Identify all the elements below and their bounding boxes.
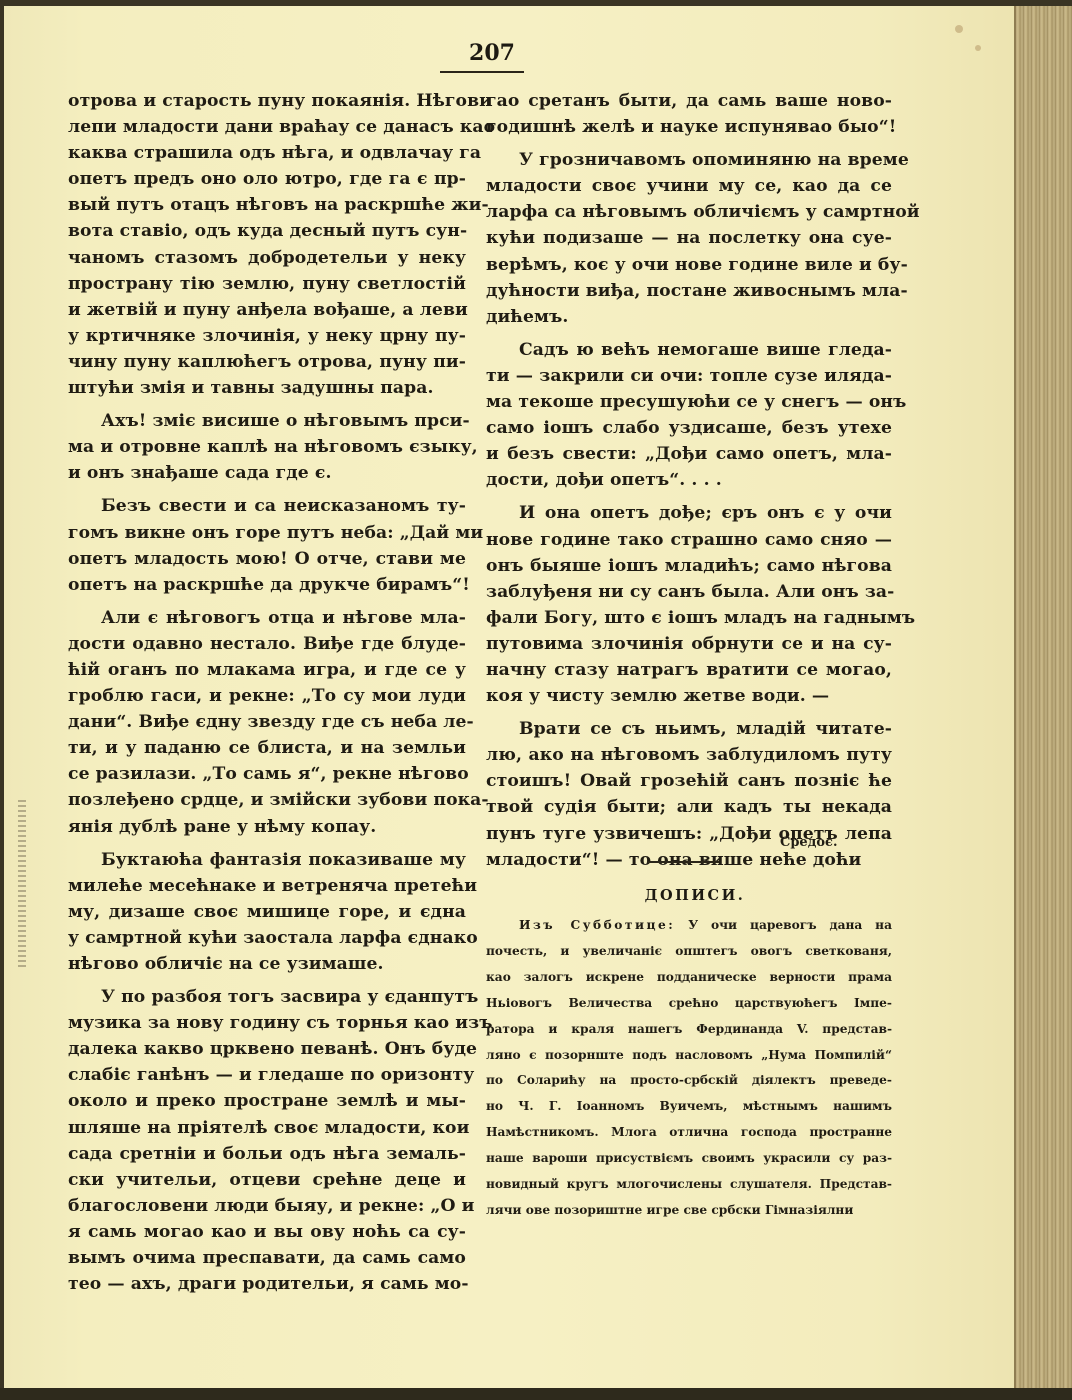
paragraph: Безъ свести и са неисказаномъ ту-гомъ ви…	[68, 493, 466, 597]
paragraph: У по разбоя тогъ засвира у єданпутъмузик…	[68, 984, 466, 1297]
news-line: Намѣстникомъ. Млога отлична господа прос…	[486, 1120, 892, 1146]
paragraph: Али є нѣговогъ отца и нѣгове мла-дости о…	[68, 605, 466, 840]
text-line: чаномъ стазомъ добродетельи у неку	[68, 245, 466, 271]
news-line: као залогъ искрене подданическе верности…	[486, 965, 892, 991]
text-line: И она опетъ дође; єръ онъ є у очи	[486, 500, 892, 526]
news-first-line: Изъ Субботице: У очи царевогъ дана на	[486, 913, 892, 939]
text-line: шляше на пріятелѣ своє младости, кои	[68, 1115, 466, 1141]
text-line: верѣмъ, коє у очи нове године виле и бу-	[486, 252, 892, 278]
text-line: гао сретанъ быти, да самь ваше ново-	[486, 88, 892, 114]
paragraph-gap	[486, 330, 892, 337]
paragraph: Садъ ю већъ немогаше више гледа-ти — зак…	[486, 337, 892, 494]
news-line: по Соларићу на просто-србскій діялектъ п…	[486, 1068, 892, 1094]
text-line: твой судія быти; али кадъ ты некада	[486, 794, 892, 820]
text-line: ски учительи, отцеви срећне деце и	[68, 1167, 466, 1193]
text-line: дости, дођи опетъ“. . . .	[486, 467, 892, 493]
text-line: онъ быяше іошъ младићъ; само нѣгова	[486, 553, 892, 579]
text-line: ларфа са нѣговымъ обличіємъ у самртной	[486, 199, 892, 225]
news-line: ратора и краля нашегъ Фердинанда V. пред…	[486, 1017, 892, 1043]
text-line: каква страшила одъ нѣга, и одвлачау га	[68, 140, 466, 166]
text-line: тео — ахъ, драги родительи, я самь мо-	[68, 1271, 466, 1297]
news-line: ляно є позорнште подъ насловомъ „Нума По…	[486, 1043, 892, 1069]
paragraph-gap	[68, 486, 466, 493]
text-line: ма и отровне каплѣ на нѣговомъ єзыку,	[68, 434, 466, 460]
section-rule	[647, 861, 719, 863]
text-line: и жетвій и пуну анђела вођаше, а леви	[68, 297, 466, 323]
news-section: Изъ Субботице: У очи царевогъ дана на по…	[486, 913, 892, 1224]
text-line: дићемъ.	[486, 304, 892, 330]
text-line: около и преко пространe землѣ и мы-	[68, 1088, 466, 1114]
text-line: у самртной кући заостала ларфа єднако	[68, 925, 466, 951]
paragraph-gap	[68, 401, 466, 408]
text-line: опетъ предъ оно оло ютро, где га є пр-	[68, 166, 466, 192]
text-line: вота ставіо, одъ куда десный путъ сун-	[68, 218, 466, 244]
text-line: У грозничавомъ опоминяню на време	[486, 147, 892, 173]
text-line: я самь могао као и вы ову ноћь са су-	[68, 1219, 466, 1245]
text-line: У по разбоя тогъ засвира у єданпутъ	[68, 984, 466, 1010]
text-line: слабіє ганѣнъ — и гледаше по оризонту	[68, 1062, 466, 1088]
text-line: само іошъ слабо уздисаше, безъ утехе	[486, 415, 892, 441]
text-line: опетъ младость мою! О отче, стави ме	[68, 546, 466, 572]
text-line: нове године тако страшно само сняо —	[486, 527, 892, 553]
text-line: начну стазу натрагъ вратити се могао,	[486, 657, 892, 683]
paper-stain	[955, 25, 963, 33]
paragraph-gap	[68, 840, 466, 847]
text-line: фали Богу, што є іошъ младъ на гаднымъ	[486, 605, 892, 631]
text-line: стоишъ! Овай грозећій санъ позніє ће	[486, 768, 892, 794]
text-line: опетъ на раскршће да друкче бирамъ“!	[68, 572, 466, 598]
news-line: наше вароши присуствіємъ своимъ украсили…	[486, 1146, 892, 1172]
text-line: Али є нѣговогъ отца и нѣгове мла-	[68, 605, 466, 631]
text-line: лю, ако на нѣговомъ заблудиломъ путу	[486, 742, 892, 768]
text-line: му, дизаше своє мишице горе, и єдна	[68, 899, 466, 925]
news-line: Ньіовогъ Величества срећно царствуюћегъ …	[486, 991, 892, 1017]
margin-scribble	[18, 800, 26, 970]
text-line: чину пуну каплюћегъ отрова, пуну пи-	[68, 349, 466, 375]
page-number: 207	[462, 40, 522, 66]
text-line: се разилази. „То самь я“, рекне нѣгово	[68, 761, 466, 787]
text-line: у кртичняке злочинія, у неку црну пу-	[68, 323, 466, 349]
text-line: дућности виђа, постане живоснымъ мла-	[486, 278, 892, 304]
news-line: новидный кругъ млогочислены слушателя. П…	[486, 1172, 892, 1198]
left-column: отрова и старость пуну покаянія. Нѣговил…	[68, 88, 466, 1297]
text-line: вый путъ отацъ нѣговъ на раскршће жи-	[68, 192, 466, 218]
text-line: далека какво црквено певанѣ. Онъ буде	[68, 1036, 466, 1062]
text-line: ма текоше пресушуюћи се у снегъ — онъ	[486, 389, 892, 415]
text-line: дани“. Виђе єдну звезду где съ неба ле-	[68, 709, 466, 735]
bottom-shadow	[0, 1388, 1072, 1400]
text-line: ти, и у паданю се блиста, и на земльи	[68, 735, 466, 761]
paragraph-gap	[486, 709, 892, 716]
text-line: пространу тію землю, пуну светлостій	[68, 271, 466, 297]
text-line: гомъ викне онъ горе путъ неба: „Дай ми	[68, 520, 466, 546]
text-line: штући змія и тавны задушны пара.	[68, 375, 466, 401]
text-line: Ахъ! зміє висише о нѣговымъ прси-	[68, 408, 466, 434]
news-line: почесть, и увеличаніє општегъ овогъ свет…	[486, 939, 892, 965]
text-line: и онъ знађаше сада где є.	[68, 460, 466, 486]
text-line: младости своє учини му се, као да се	[486, 173, 892, 199]
text-line: дости одавно нестало. Виђе где блуде-	[68, 631, 466, 657]
paragraph-gap	[486, 140, 892, 147]
paragraph: Ахъ! зміє висише о нѣговымъ прси-ма и от…	[68, 408, 466, 486]
text-line: коя у чисту землю жетве води. —	[486, 683, 892, 709]
text-line: и безъ свести: „Дођи само опетъ, мла-	[486, 441, 892, 467]
news-line: У очи царевогъ дана на	[688, 918, 892, 932]
text-line: Садъ ю већъ немогаше више гледа-	[486, 337, 892, 363]
text-line: Безъ свести и са неисказаномъ ту-	[68, 493, 466, 519]
text-line: нѣгово обличіє на се узимаше.	[68, 951, 466, 977]
text-line: заблуђеня ни су санъ была. Али онъ за-	[486, 579, 892, 605]
text-line: благословени люди быяу, и рекне: „О и	[68, 1193, 466, 1219]
text-line: Врати се съ ньимъ, младій читате-	[486, 716, 892, 742]
text-line: кући подизаше — на послетку она суе-	[486, 225, 892, 251]
text-line: гроблю гаси, и рекне: „То су мои луди	[68, 683, 466, 709]
text-line: музика за нову годину съ торнья као изъ	[68, 1010, 466, 1036]
news-line: лячи ове позориштне игре све србски Гімн…	[486, 1198, 892, 1224]
text-line: отрова и старость пуну покаянія. Нѣгови	[68, 88, 466, 114]
author-signature: Средоє.	[780, 835, 837, 850]
news-line: но Ч. Г. Іоанномъ Вуичемъ, мѣстнымъ наши…	[486, 1094, 892, 1120]
text-line: милеће месећнаке и ветреняча претећи	[68, 873, 466, 899]
news-dateline: Изъ Субботице:	[519, 918, 675, 932]
text-line: годишнѣ желѣ и науке испунявао быо“!	[486, 114, 892, 140]
header-rule	[440, 71, 524, 73]
section-title: ДОПИСИ.	[470, 887, 920, 904]
paper-stain	[975, 45, 981, 51]
paragraph: гао сретанъ быти, да самь ваше ново-годи…	[486, 88, 892, 140]
text-line: ћій оганъ по млакама игра, и где се у	[68, 657, 466, 683]
text-line: путовима злочинія обрнути се и на су-	[486, 631, 892, 657]
text-line: позлеђено срдце, и змійски зубови пока-	[68, 787, 466, 813]
text-line: янія дублѣ ране у нѣму копау.	[68, 814, 466, 840]
paragraph-gap	[68, 977, 466, 984]
paragraph-gap	[486, 493, 892, 500]
paragraph: У грозничавомъ опоминяню на времемладост…	[486, 147, 892, 330]
text-line: вымъ очима преспавати, да самь само	[68, 1245, 466, 1271]
right-column: гао сретанъ быти, да самь ваше ново-годи…	[486, 88, 892, 873]
text-line: ти — закрили си очи: топле сузе иляда-	[486, 363, 892, 389]
paragraph: Буктаюћа фантазія показиваше мумилеће ме…	[68, 847, 466, 977]
text-line: сада сретніи и больи одъ нѣга земаль-	[68, 1141, 466, 1167]
page-edges	[1014, 6, 1072, 1394]
text-line: младости“! — то она више неће доћи	[486, 847, 892, 873]
text-line: Буктаюћа фантазія показиваше му	[68, 847, 466, 873]
paragraph: отрова и старость пуну покаянія. Нѣговил…	[68, 88, 466, 401]
paragraph-gap	[68, 598, 466, 605]
paragraph: И она опетъ дође; єръ онъ є у очинове го…	[486, 500, 892, 709]
text-line: лепи младости дани враћау се данасъ као	[68, 114, 466, 140]
